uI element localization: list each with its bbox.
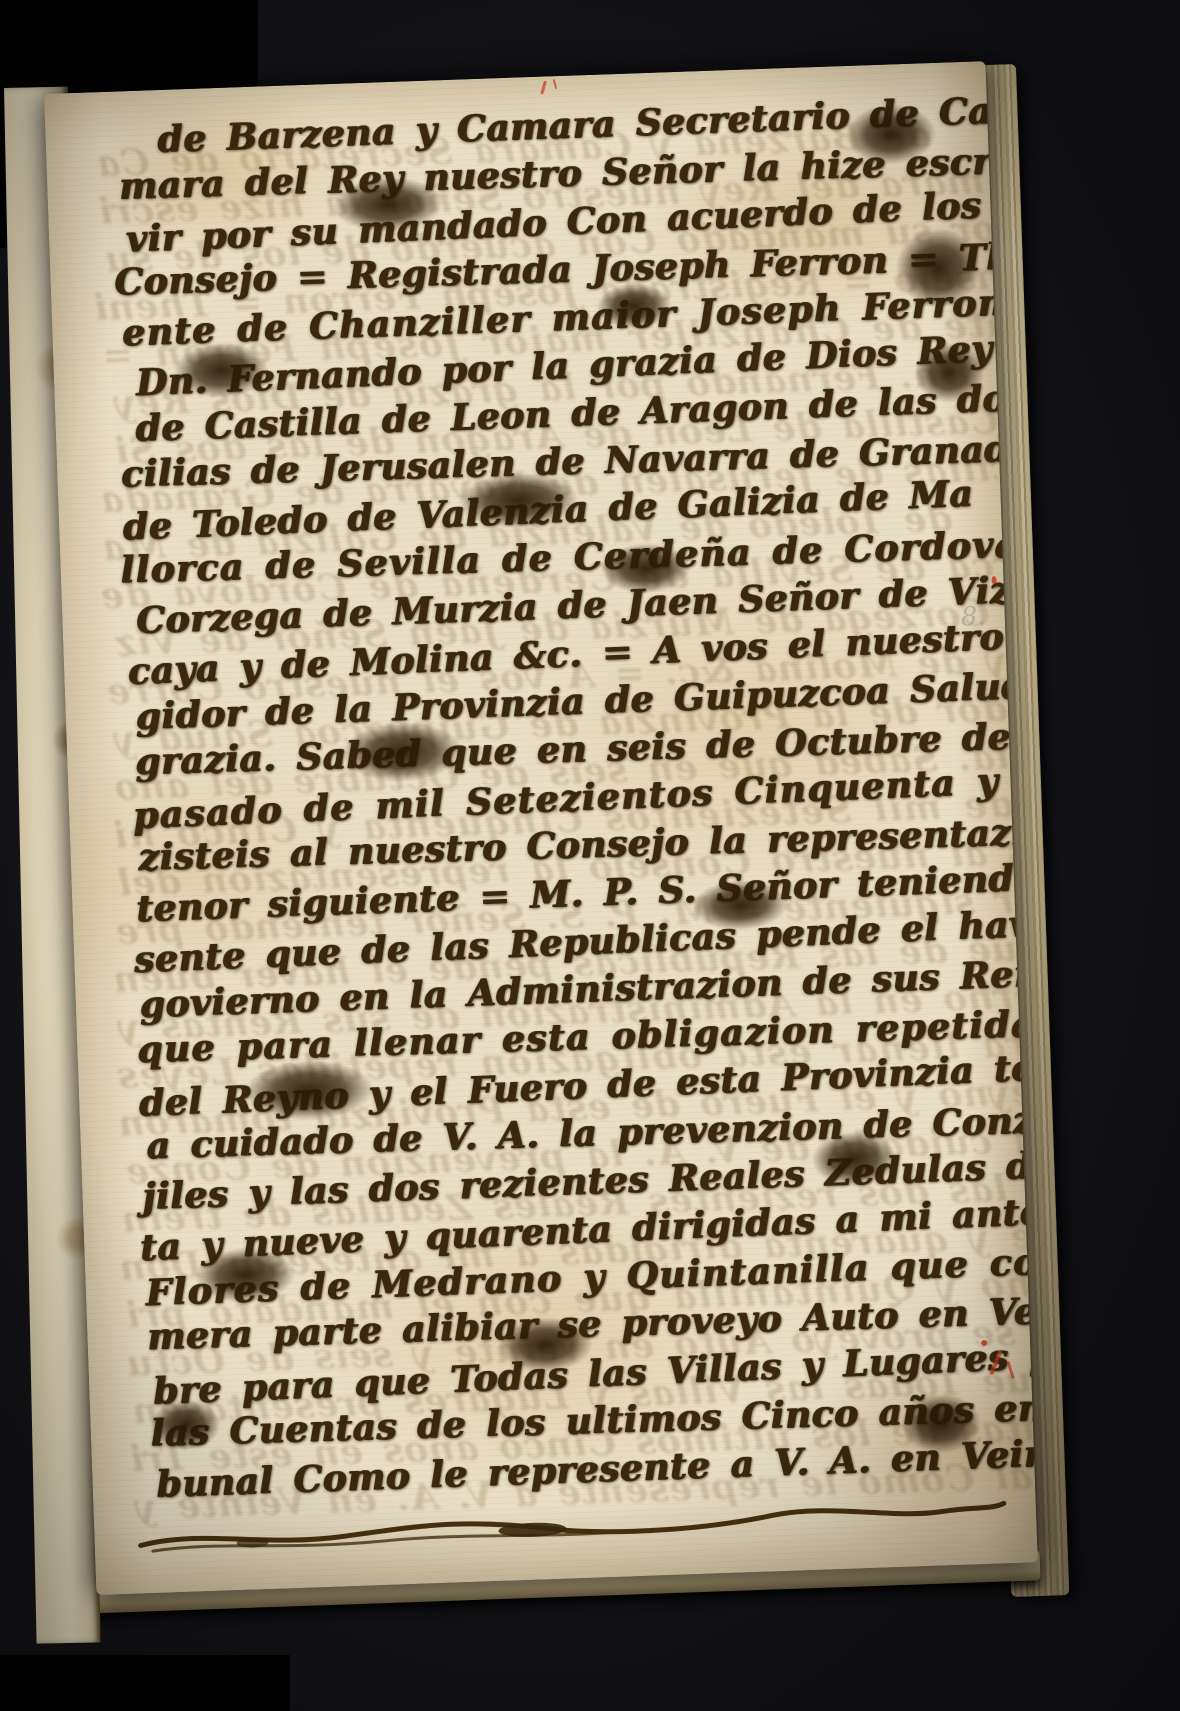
manuscript-text: de Barzena y Camara Secretario de Camara…	[44, 61, 1038, 1595]
pencil-squiggle: 8.	[960, 601, 986, 632]
backdrop-dark-corner-bottom-left	[0, 1655, 290, 1711]
red-ink-speck	[991, 576, 996, 584]
photo-backdrop: de Barzena y Camara Secretario de Camara…	[0, 0, 1180, 1711]
manuscript-page: de Barzena y Camara Secretario de Camara…	[44, 61, 1038, 1595]
